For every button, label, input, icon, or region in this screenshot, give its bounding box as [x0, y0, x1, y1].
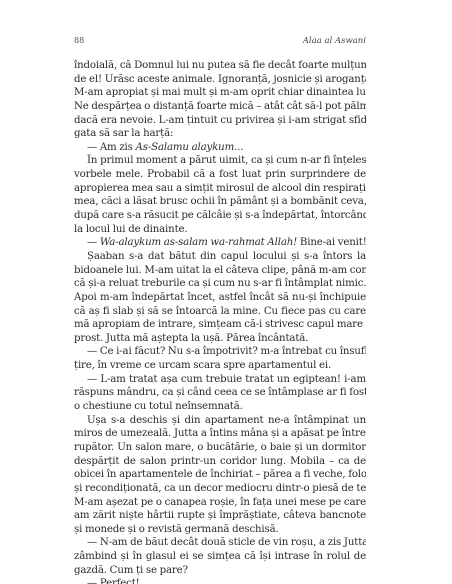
text-line: zâmbind și în glasul ei se simțea că își…: [74, 550, 366, 564]
book-page: 88 Alaa al Aswani îndoială, că Domnul lu…: [74, 36, 366, 584]
text-line: după care s-a răsucit pe călcâie și s-a …: [74, 209, 366, 223]
text-line: prost. Jutta mă aștepta la ușă. Părea în…: [74, 332, 366, 346]
text-line: despărțit de salon printr-un coridor lun…: [74, 455, 366, 469]
text-line: și monede și o revistă germană deschisă.: [74, 523, 366, 537]
paragraph-start: Ușa s-a deschis și din apartament ne-a î…: [74, 414, 366, 428]
text-line: Ne despărțea o distanță foarte mică – at…: [74, 100, 366, 114]
dialogue-line: — Perfect!: [74, 577, 366, 584]
text-line: o chestiune cu totul neînsemnată.: [74, 400, 366, 414]
text-line: țire, în vreme ce urcam scara spre apart…: [74, 359, 366, 373]
italic-phrase: Wa-alaykum as-salam wa-rahmat Allah!: [100, 237, 297, 248]
text-line: M-am așezat pe o canapea roșie, în fața …: [74, 496, 366, 510]
italic-phrase: As-Salamu alaykum: [136, 142, 235, 153]
text-line: miros de umezeală. Jutta a întins mâna ș…: [74, 427, 366, 441]
text-line: că și-a reluat treburile ca și cum nu s-…: [74, 277, 366, 291]
text-line: apropierea mea sau a simțit mirosul de a…: [74, 182, 366, 196]
text-line: obicei în apartamentele de închiriat – p…: [74, 468, 366, 482]
dialogue-line: — Ce i-ai făcut? Nu s-a împotrivit? m-a …: [74, 345, 366, 359]
text-line: vorbele mele. Probabil că a fost luat pr…: [74, 168, 366, 182]
text-line: mă apropiam de intrare, simțeam că-i str…: [74, 318, 366, 332]
text-line: M-am apropiat și mai mult și m-am oprit …: [74, 86, 366, 100]
text-line: mea, căci a lăsat brusc ochii în pământ …: [74, 195, 366, 209]
dialogue-dash: —: [87, 237, 100, 248]
dialogue-line: — N-am de băut decât două sticle de vin …: [74, 536, 366, 550]
text-line: de el! Urăsc aceste animale. Ignoranță, …: [74, 73, 366, 87]
text-line: bidoanele lui. M-am uitat la el câteva c…: [74, 264, 366, 278]
text-line: dacă era nevoie. L-am țintuit cu privire…: [74, 114, 366, 128]
page-number: 88: [74, 36, 84, 45]
dialogue-line: — Wa-alaykum as-salam wa-rahmat Allah! B…: [74, 236, 366, 250]
paragraph-start: În primul moment a părut uimit, ca și cu…: [74, 154, 366, 168]
text-line: că aș fi slab și să se întoarcă la mine.…: [74, 305, 366, 319]
body-text: îndoială, că Domnul lui nu putea să fie …: [74, 59, 366, 584]
text-line: și recondiționată, ca un decor mediocru …: [74, 482, 366, 496]
dialogue-tail: Bine-ai venit!: [297, 237, 366, 248]
text-line: răspuns mândru, ca și când ceea ce se în…: [74, 386, 366, 400]
text-line: am zărit niște hârtii rupte și împrăștia…: [74, 509, 366, 523]
text-line: la locul lui de dinainte.: [74, 223, 366, 237]
dialogue-tail: ...: [234, 142, 243, 153]
running-head: 88 Alaa al Aswani: [74, 36, 366, 50]
text-line: gata să sar la harță:: [74, 127, 366, 141]
paragraph-start: Șaaban s-a dat bătut din capul locului ș…: [74, 250, 366, 264]
dialogue-line: — Am zis As-Salamu alaykum...: [74, 141, 366, 155]
text-line: rupător. Un salon mare, o bucătărie, o b…: [74, 441, 366, 455]
text-line: Apoi m-am îndepărtat încet, astfel încât…: [74, 291, 366, 305]
dialogue-line: — L-am tratat așa cum trebuie tratat un …: [74, 373, 366, 387]
dialogue-dash: — Am zis: [87, 142, 136, 153]
text-line: gazdă. Cum ți se pare?: [74, 564, 366, 578]
running-head-author: Alaa al Aswani: [303, 36, 366, 46]
text-line: îndoială, că Domnul lui nu putea să fie …: [74, 59, 366, 73]
